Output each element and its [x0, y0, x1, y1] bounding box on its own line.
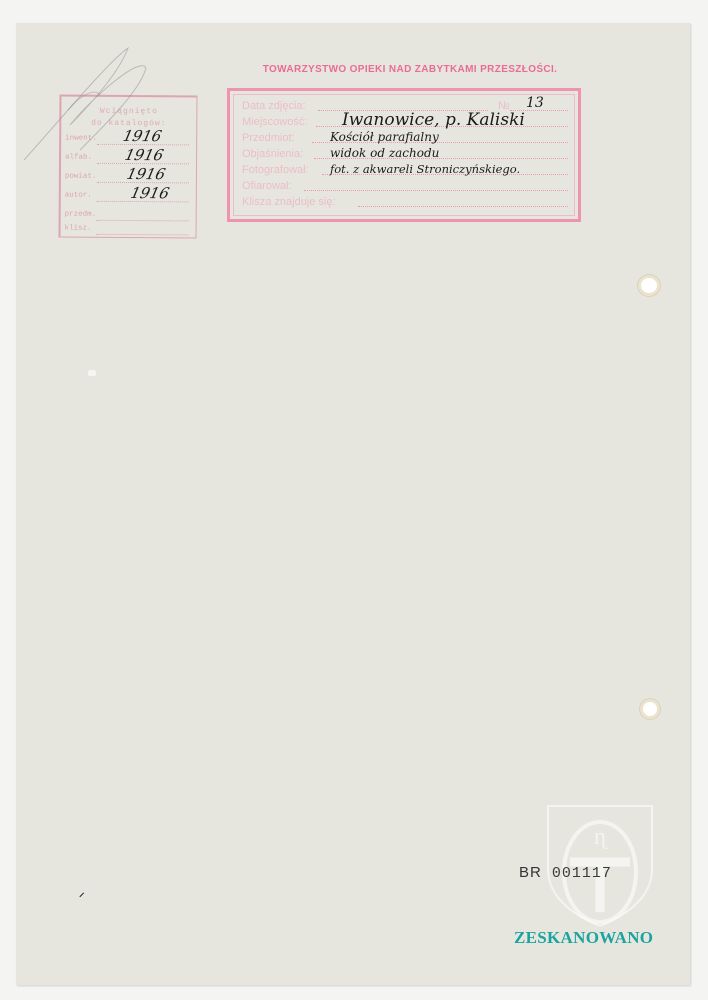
catalog-stamp: Wciągnięto do katalogów: inwent. 1916 al…	[59, 95, 198, 239]
catalog-row-label: autor.	[65, 192, 92, 200]
inventory-prefix: BR	[519, 864, 542, 881]
field-label: Data zdjęcia:	[242, 100, 306, 112]
field-value: 13	[526, 95, 544, 111]
punch-hole	[641, 278, 657, 293]
field-label: Miejscowość:	[242, 116, 307, 128]
society-stamp-header: TOWARZYSTWO OPIEKI NAD ZABYTKAMI PRZESZŁ…	[239, 63, 581, 75]
field-negative-location: Klisza znajduje się:	[242, 193, 568, 209]
field-label: Ofiarował:	[242, 180, 292, 192]
catalog-row-label: inwent.	[65, 135, 97, 143]
inventory-value: 001117	[552, 865, 612, 882]
catalog-row-label: przedm.	[65, 211, 97, 219]
pencil-mark: ⸝	[79, 885, 85, 900]
catalog-row: powiat. 1916	[65, 173, 193, 186]
catalog-stamp-title-1: Wciągnięto	[61, 107, 196, 117]
field-value: Kościół parafialny	[330, 130, 439, 144]
society-stamp: Data zdjęcia: № 13 Miejscowość: Iwanowic…	[227, 88, 581, 222]
catalog-row-label: alfab.	[65, 154, 92, 162]
catalog-row: autor. 1916	[65, 192, 193, 205]
field-label: Fotografował:	[242, 164, 309, 176]
catalog-row-value: 1916	[121, 127, 163, 145]
field-photographer: Fotografował: fot. z akwareli Stroniczyń…	[242, 161, 568, 177]
field-value: fot. z akwareli Stroniczyńskiego.	[330, 162, 520, 176]
field-label: Przedmiot:	[242, 132, 295, 144]
field-place: Miejscowość: Iwanowice, p. Kaliski	[242, 113, 568, 129]
field-value: Iwanowice, p. Kaliski	[342, 110, 525, 130]
catalog-row-label: powiat.	[65, 173, 97, 181]
inventory-number: BR001117	[519, 864, 612, 882]
field-label: Objaśnienia:	[242, 148, 303, 160]
field-label: Klisza znajduje się:	[242, 196, 336, 208]
catalog-row-value: 1916	[125, 165, 167, 183]
catalog-row-value: 1916	[123, 146, 165, 164]
punch-hole	[643, 702, 657, 716]
field-description: Objaśnienia: widok od zachodu	[242, 145, 568, 161]
catalog-row-value: 1916	[129, 184, 171, 202]
field-donor: Ofiarował:	[242, 177, 568, 193]
field-subject: Przedmiot: Kościół parafialny	[242, 129, 568, 145]
catalog-row: klisz.	[65, 225, 193, 238]
paper-speck	[88, 370, 96, 376]
field-value: widok od zachodu	[330, 146, 439, 160]
catalog-row: przedm.	[65, 211, 193, 224]
scanned-stamp: ZESKANOWANO	[514, 928, 653, 948]
svg-text:ɳ: ɳ	[594, 824, 608, 850]
catalog-row-label: klisz.	[65, 225, 92, 233]
